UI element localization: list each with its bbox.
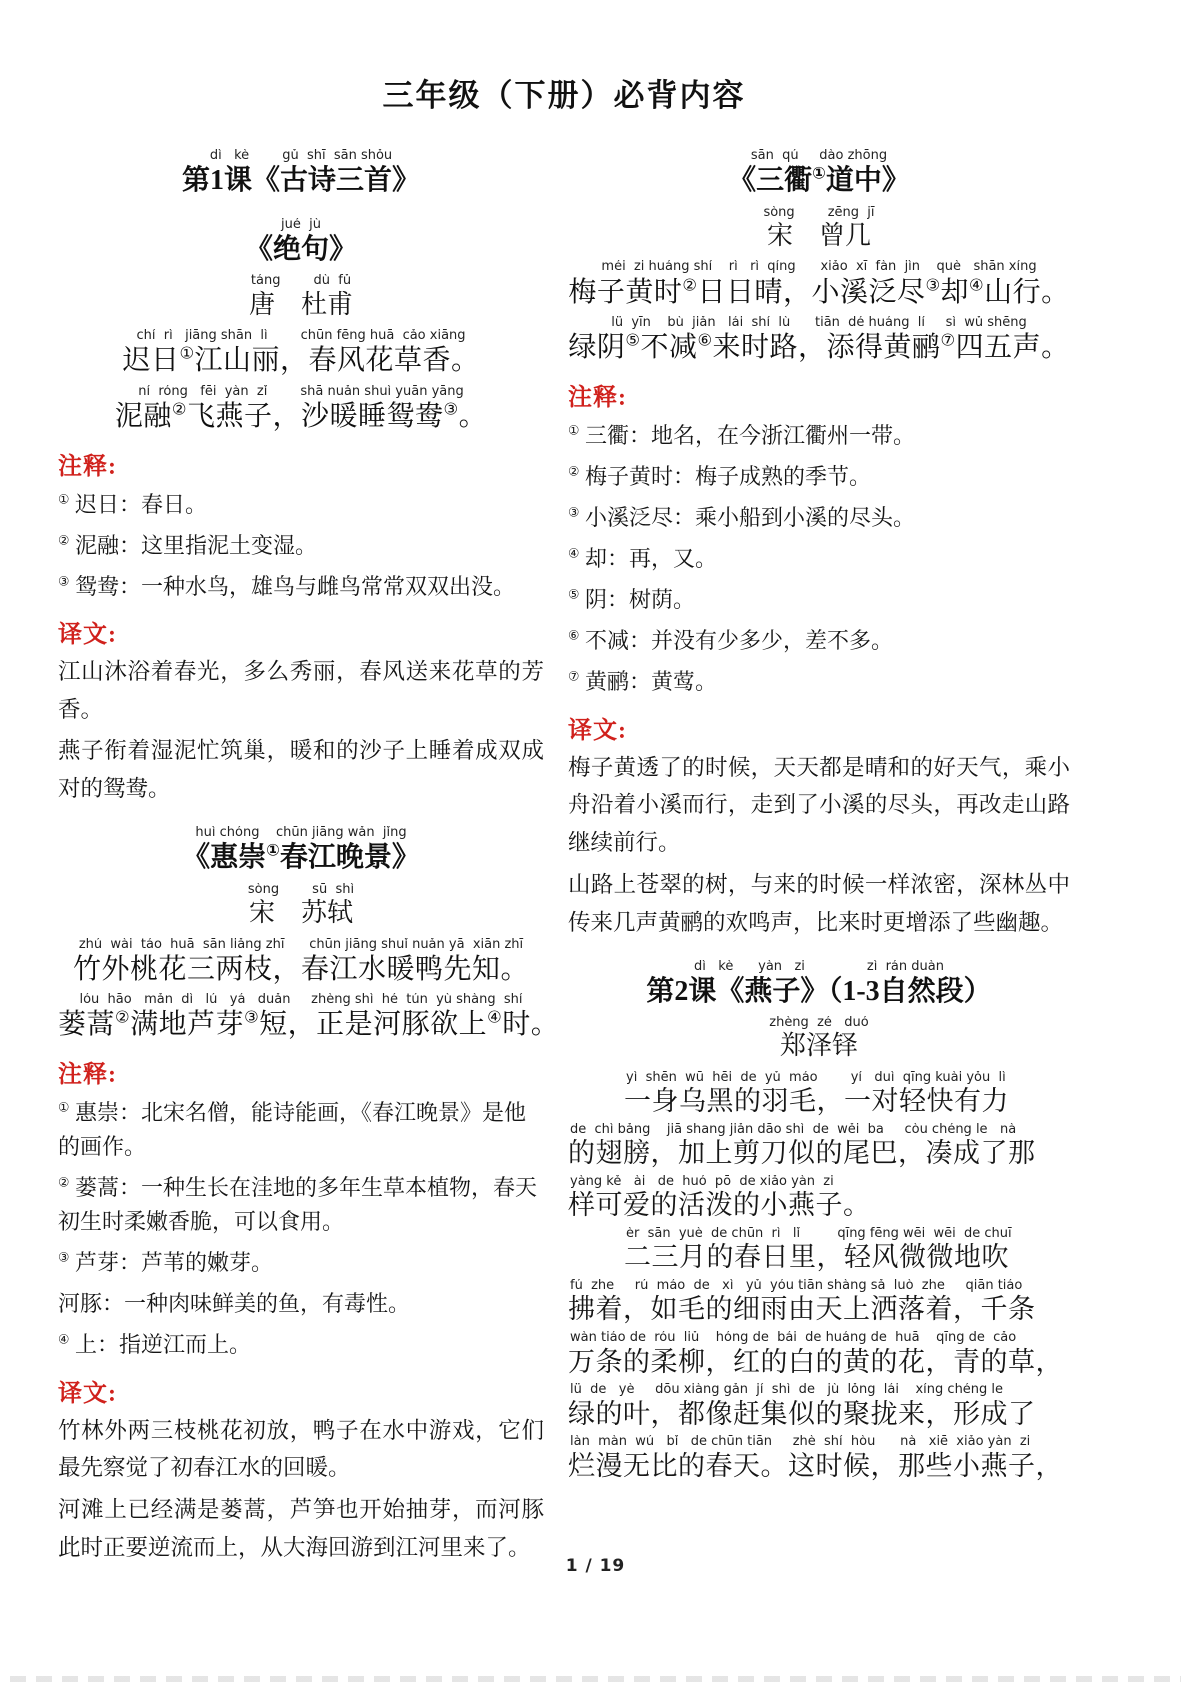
verse-pinyin: lǜ yīn bù jiǎn lái shí lù tiān dé huáng …: [568, 316, 1070, 330]
two-column-layout: dì kè gǔ shī sān shǒu 第1课《古诗三首》 jué jù 《…: [58, 131, 1070, 1571]
translation-paragraph: 江山沐浴着春光，多么秀丽，春风送来花草的芳香。: [58, 653, 544, 729]
document-page: 三年级（下册）必背内容 dì kè gǔ shī sān shǒu 第1课《古诗…: [0, 0, 1191, 1684]
right-column: sān qú dào zhōng 《三衢①道中》 sòng zēng jī 宋 …: [568, 131, 1070, 1487]
prose-line: wàn tiáo de róu liǔ hóng de bái de huáng…: [568, 1331, 1070, 1379]
prose-line: de chì bǎng jiā shang jiǎn dāo shì de wě…: [568, 1123, 1070, 1171]
poem-verse-line: ní róng fēi yàn zǐ shā nuǎn shuì yuān yā…: [58, 385, 544, 436]
prose-text: 的翅膀，加上剪刀似的尾巴，凑成了那: [568, 1137, 1070, 1171]
translation-text: 燕子衔着湿泥忙筑巢，暖和的沙子上睡着成双成对的鸳鸯。: [58, 732, 544, 808]
verse-text: 竹外桃花三两枝，春江水暖鸭先知。: [58, 952, 544, 988]
verse-pinyin: lóu hāo mǎn dì lú yá duǎn zhèng shì hé t…: [58, 993, 544, 1007]
translation-text: 梅子黄透了的时候，天天都是晴和的好天气，乘小舟沿着小溪而行，走到了小溪的尽头，再…: [568, 749, 1070, 862]
poem-verse-line: chí rì jiāng shān lì chūn fēng huā cǎo x…: [58, 329, 544, 380]
prose-line: fú zhe rú máo de xì yǔ yóu tiān shàng sǎ…: [568, 1279, 1070, 1327]
author-pinyin: táng dù fǔ: [58, 274, 544, 288]
section-heading: dì kè gǔ shī sān shǒu 第1课《古诗三首》: [58, 149, 544, 200]
annotation-item: 河豚：一种肉味鲜美的鱼，有毒性。: [58, 1287, 544, 1321]
translation-text: 山路上苍翠的树，与来的时候一样浓密，深林丛中传来几声黄鹂的欢鸣声，比来时更增添了…: [568, 866, 1070, 942]
annotation-text: ⑦ 黄鹂：黄莺。: [568, 665, 1070, 699]
poem-verse-line: lóu hāo mǎn dì lú yá duǎn zhèng shì hé t…: [58, 993, 544, 1044]
annotation-item: ③ 芦芽：芦苇的嫩芽。: [58, 1246, 544, 1280]
annotation-item: ② 蒌蒿：一种生长在洼地的多年生草本植物，春天初生时柔嫩香脆，可以食用。: [58, 1171, 544, 1239]
prose-text: 二三月的春日里，轻风微微地吹: [624, 1241, 1070, 1275]
section-label-text: 注释:: [58, 1062, 117, 1088]
page-number: 1 / 19: [0, 1556, 1191, 1576]
author-pinyin: sòng zēng jī: [568, 206, 1070, 220]
verse-text: 蒌蒿②满地芦芽③短，正是河豚欲上④时。: [58, 1007, 544, 1043]
annotation-item: ② 泥融：这里指泥土变湿。: [58, 529, 544, 563]
verse-text: 迟日①江山丽，春风花草香。: [58, 343, 544, 379]
prose-pinyin: làn màn wú bǐ de chūn tiān zhè shí hòu n…: [568, 1435, 1070, 1449]
heading-pinyin: dì kè gǔ shī sān shǒu: [58, 149, 544, 163]
poem-verse-line: lǜ yīn bù jiǎn lái shí lù tiān dé huáng …: [568, 316, 1070, 367]
heading-pinyin: jué jù: [58, 218, 544, 232]
prose-line: yì shēn wū hēi de yǔ máo yí duì qīng kuà…: [568, 1071, 1070, 1119]
page-title: 三年级（下册）必背内容: [58, 70, 1070, 115]
left-column: dì kè gǔ shī sān shǒu 第1课《古诗三首》 jué jù 《…: [58, 131, 544, 1571]
author-text: 郑泽铎: [568, 1030, 1070, 1063]
annotation-text: ② 泥融：这里指泥土变湿。: [58, 529, 544, 563]
prose-line: làn màn wú bǐ de chūn tiān zhè shí hòu n…: [568, 1435, 1070, 1483]
section-heading: sān qú dào zhōng 《三衢①道中》: [568, 149, 1070, 200]
author-text: 宋 曾几: [568, 220, 1070, 253]
annotation-item: ④ 上：指逆江而上。: [58, 1328, 544, 1362]
heading-pinyin: dì kè yàn zi zì rán duàn: [568, 960, 1070, 974]
heading-pinyin: sān qú dào zhōng: [568, 149, 1070, 163]
annotation-text: ① 迟日：春日。: [58, 488, 544, 522]
heading-text: 第2课《燕子》（1-3自然段）: [568, 974, 1070, 1010]
translation-text: 江山沐浴着春光，多么秀丽，春风送来花草的芳香。: [58, 653, 544, 729]
section-label: 译文:: [568, 710, 1070, 745]
section-label: 注释:: [568, 377, 1070, 412]
prose-text: 烂漫无比的春天。这时候，那些小燕子，: [568, 1450, 1070, 1484]
prose-text: 一身乌黑的羽毛，一对轻快有力: [624, 1085, 1070, 1119]
annotation-item: ② 梅子黄时：梅子成熟的季节。: [568, 460, 1070, 494]
annotation-item: ④ 却：再，又。: [568, 542, 1070, 576]
section-label: 译文:: [58, 1373, 544, 1408]
heading-text: 第1课《古诗三首》: [58, 163, 544, 199]
author-pinyin: sòng sū shì: [58, 883, 544, 897]
author-text: 宋 苏轼: [58, 897, 544, 930]
annotation-item: ① 惠崇：北宋名僧，能诗能画，《春江晚景》是他的画作。: [58, 1096, 544, 1164]
author-text: 唐 杜甫: [58, 289, 544, 322]
verse-text: 梅子黄时②日日晴，小溪泛尽③却④山行。: [568, 275, 1070, 311]
page-content: 三年级（下册）必背内容 dì kè gǔ shī sān shǒu 第1课《古诗…: [58, 70, 1070, 1571]
annotation-text: ⑥ 不减：并没有少多少，差不多。: [568, 624, 1070, 658]
section-label-text: 注释:: [58, 454, 117, 480]
annotation-text: ④ 上：指逆江而上。: [58, 1328, 544, 1362]
annotation-text: ① 惠崇：北宋名僧，能诗能画，《春江晚景》是他的画作。: [58, 1096, 544, 1164]
heading-text: 《三衢①道中》: [568, 163, 1070, 199]
section-label: 注释:: [58, 1054, 544, 1089]
section-label-text: 译文:: [568, 718, 627, 744]
section-heading: dì kè yàn zi zì rán duàn 第2课《燕子》（1-3自然段）: [568, 960, 1070, 1011]
next-page-edge: [10, 1676, 1181, 1682]
verse-pinyin: chí rì jiāng shān lì chūn fēng huā cǎo x…: [58, 329, 544, 343]
author-line: sòng zēng jī 宋 曾几: [568, 206, 1070, 253]
section-label-text: 译文:: [58, 1381, 117, 1407]
section-label-text: 译文:: [58, 622, 117, 648]
prose-pinyin: de chì bǎng jiā shang jiǎn dāo shì de wě…: [568, 1123, 1070, 1137]
prose-text: 绿的叶，都像赶集似的聚拢来，形成了: [568, 1398, 1070, 1432]
annotation-text: ③ 芦芽：芦苇的嫩芽。: [58, 1246, 544, 1280]
section-label: 注释:: [58, 446, 544, 481]
annotation-item: ③ 鸳鸯：一种水鸟，雄鸟与雌鸟常常双双出没。: [58, 570, 544, 604]
verse-text: 泥融②飞燕子，沙暖睡鸳鸯③。: [58, 399, 544, 435]
annotation-item: ③ 小溪泛尽：乘小船到小溪的尽头。: [568, 501, 1070, 535]
translation-text: 竹林外两三枝桃花初放，鸭子在水中游戏，它们最先察觉了初春江水的回暖。: [58, 1412, 544, 1488]
annotation-text: ③ 小溪泛尽：乘小船到小溪的尽头。: [568, 501, 1070, 535]
section-heading: huì chóng chūn jiāng wǎn jǐng 《惠崇①春江晚景》: [58, 826, 544, 877]
annotation-text: ④ 却：再，又。: [568, 542, 1070, 576]
author-line: sòng sū shì 宋 苏轼: [58, 883, 544, 930]
prose-pinyin: yì shēn wū hēi de yǔ máo yí duì qīng kuà…: [624, 1071, 1070, 1085]
annotation-text: ⑤ 阴：树荫。: [568, 583, 1070, 617]
verse-text: 绿阴⑤不减⑥来时路，添得黄鹂⑦四五声。: [568, 330, 1070, 366]
verse-pinyin: ní róng fēi yàn zǐ shā nuǎn shuì yuān yā…: [58, 385, 544, 399]
verse-pinyin: méi zi huáng shí rì rì qíng xiǎo xī fàn …: [568, 260, 1070, 274]
annotation-text: ③ 鸳鸯：一种水鸟，雄鸟与雌鸟常常双双出没。: [58, 570, 544, 604]
heading-text: 《惠崇①春江晚景》: [58, 840, 544, 876]
prose-text: 万条的柔柳，红的白的黄的花，青的草，: [568, 1346, 1070, 1380]
verse-pinyin: zhú wài táo huā sān liǎng zhī chūn jiāng…: [58, 938, 544, 952]
prose-pinyin: èr sān yuè de chūn rì lǐ qīng fēng wēi w…: [624, 1227, 1070, 1241]
annotation-item: ① 三衢：地名，在今浙江衢州一带。: [568, 419, 1070, 453]
poem-verse-line: zhú wài táo huā sān liǎng zhī chūn jiāng…: [58, 938, 544, 989]
prose-pinyin: lǜ de yè dōu xiàng gǎn jí shì de jù lǒng…: [568, 1383, 1070, 1397]
prose-text: 拂着，如毛的细雨由天上洒落着，千条: [568, 1293, 1070, 1327]
poem-verse-line: méi zi huáng shí rì rì qíng xiǎo xī fàn …: [568, 260, 1070, 311]
prose-pinyin: wàn tiáo de róu liǔ hóng de bái de huáng…: [568, 1331, 1070, 1345]
author-line: táng dù fǔ 唐 杜甫: [58, 274, 544, 321]
prose-line: èr sān yuè de chūn rì lǐ qīng fēng wēi w…: [568, 1227, 1070, 1275]
prose-pinyin: yàng kě ài de huó pō de xiǎo yàn zi: [568, 1175, 1070, 1189]
section-heading: jué jù 《绝句》: [58, 218, 544, 269]
section-label: 译文:: [58, 614, 544, 649]
annotation-item: ① 迟日：春日。: [58, 488, 544, 522]
heading-text: 《绝句》: [58, 232, 544, 268]
prose-line: yàng kě ài de huó pō de xiǎo yàn zi 样可爱的…: [568, 1175, 1070, 1223]
annotation-text: 河豚：一种肉味鲜美的鱼，有毒性。: [58, 1287, 544, 1321]
annotation-item: ⑥ 不减：并没有少多少，差不多。: [568, 624, 1070, 658]
annotation-text: ① 三衢：地名，在今浙江衢州一带。: [568, 419, 1070, 453]
prose-text: 样可爱的活泼的小燕子。: [568, 1189, 1070, 1223]
author-pinyin: zhèng zé duó: [568, 1016, 1070, 1030]
annotation-text: ② 梅子黄时：梅子成熟的季节。: [568, 460, 1070, 494]
translation-paragraph: 竹林外两三枝桃花初放，鸭子在水中游戏，它们最先察觉了初春江水的回暖。: [58, 1412, 544, 1488]
annotation-item: ⑤ 阴：树荫。: [568, 583, 1070, 617]
translation-paragraph: 山路上苍翠的树，与来的时候一样浓密，深林丛中传来几声黄鹂的欢鸣声，比来时更增添了…: [568, 866, 1070, 942]
author-line: zhèng zé duó 郑泽铎: [568, 1016, 1070, 1063]
section-label-text: 注释:: [568, 385, 627, 411]
translation-paragraph: 燕子衔着湿泥忙筑巢，暖和的沙子上睡着成双成对的鸳鸯。: [58, 732, 544, 808]
translation-paragraph: 梅子黄透了的时候，天天都是晴和的好天气，乘小舟沿着小溪而行，走到了小溪的尽头，再…: [568, 749, 1070, 862]
prose-line: lǜ de yè dōu xiàng gǎn jí shì de jù lǒng…: [568, 1383, 1070, 1431]
heading-pinyin: huì chóng chūn jiāng wǎn jǐng: [58, 826, 544, 840]
prose-pinyin: fú zhe rú máo de xì yǔ yóu tiān shàng sǎ…: [568, 1279, 1070, 1293]
annotation-item: ⑦ 黄鹂：黄莺。: [568, 665, 1070, 699]
annotation-text: ② 蒌蒿：一种生长在洼地的多年生草本植物，春天初生时柔嫩香脆，可以食用。: [58, 1171, 544, 1239]
